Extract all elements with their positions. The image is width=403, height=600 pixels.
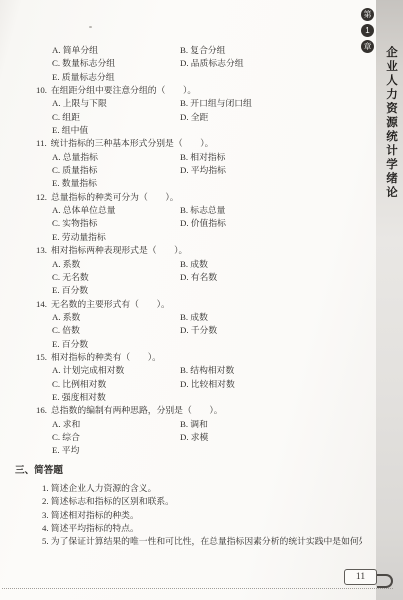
option: E. 劳动量指标 bbox=[52, 231, 180, 244]
chapter-badge: 第1章 bbox=[361, 8, 374, 53]
option: B. 标志总量 bbox=[180, 204, 225, 217]
option-row: C. 数量标志分组D. 品质标志分组 bbox=[0, 57, 362, 70]
question-block: 14.无名数的主要形式有（ ）。A. 系数B. 成数C. 倍数D. 千分数E. … bbox=[0, 298, 362, 351]
option: C. 组距 bbox=[52, 111, 180, 124]
question-stem-text: 在组距分组中要注意分组的（ ）。 bbox=[51, 85, 196, 95]
option: A. 上限与下限 bbox=[52, 97, 180, 110]
option: B. 结构相对数 bbox=[180, 364, 234, 377]
option-row: C. 倍数D. 千分数 bbox=[0, 324, 362, 337]
option: A. 总量指标 bbox=[52, 151, 180, 164]
option: E. 质量标志分组 bbox=[52, 71, 180, 84]
question-number: 15. bbox=[36, 352, 47, 362]
option: D. 品质标志分组 bbox=[180, 57, 244, 70]
question-stem-line: 14.无名数的主要形式有（ ）。 bbox=[0, 298, 362, 311]
option-row: C. 比例相对数D. 比较相对数 bbox=[0, 378, 362, 391]
option-row: C. 综合D. 求模 bbox=[0, 431, 362, 444]
option-row: A. 总量指标B. 相对指标 bbox=[0, 151, 362, 164]
option: E. 数量指标 bbox=[52, 177, 180, 190]
option: C. 倍数 bbox=[52, 324, 180, 337]
option: B. 复合分组 bbox=[180, 44, 225, 57]
option-row: C. 组距D. 全距 bbox=[0, 111, 362, 124]
option: C. 数量标志分组 bbox=[52, 57, 180, 70]
questions-area: A. 简单分组B. 复合分组C. 数量标志分组D. 品质标志分组E. 质量标志分… bbox=[0, 44, 362, 549]
question-number: 16. bbox=[36, 405, 47, 415]
chapter-title-vertical: 企业人力资源统计学绪论 bbox=[383, 46, 399, 200]
option: C. 综合 bbox=[52, 431, 180, 444]
footer-hook-ornament bbox=[377, 574, 393, 588]
option-row: C. 质量指标D. 平均指标 bbox=[0, 164, 362, 177]
short-answer-item: 2. 简述标志和指标的区别和联系。 bbox=[0, 495, 362, 508]
chapter-badge-char: 1 bbox=[361, 24, 374, 37]
option: D. 平均指标 bbox=[180, 164, 226, 177]
option: E. 百分数 bbox=[52, 338, 180, 351]
option: C. 实物指标 bbox=[52, 217, 180, 230]
option: C. 无名数 bbox=[52, 271, 180, 284]
section-heading: 三、简答题 bbox=[0, 464, 362, 477]
option: D. 全距 bbox=[180, 111, 208, 124]
question-number: 11. bbox=[36, 138, 47, 148]
option-row: A. 计划完成相对数B. 结构相对数 bbox=[0, 364, 362, 377]
question-number: 14. bbox=[36, 299, 47, 309]
option-row: E. 组中值 bbox=[0, 124, 362, 137]
question-stem-text: 总量指标的种类可分为（ ）。 bbox=[51, 192, 179, 202]
option-row: E. 强度相对数 bbox=[0, 391, 362, 404]
option: E. 百分数 bbox=[52, 284, 180, 297]
option: A. 系数 bbox=[52, 258, 180, 271]
question-stem-text: 总指数的编制有两种思路，分别是（ ）。 bbox=[51, 405, 223, 415]
option: E. 平均 bbox=[52, 444, 180, 457]
book-page: A. 简单分组B. 复合分组C. 数量标志分组D. 品质标志分组E. 质量标志分… bbox=[0, 0, 403, 600]
question-stem-line: 12.总量指标的种类可分为（ ）。 bbox=[0, 191, 362, 204]
option: D. 千分数 bbox=[180, 324, 217, 337]
question-block: 12.总量指标的种类可分为（ ）。A. 总体单位总量B. 标志总量C. 实物指标… bbox=[0, 191, 362, 244]
question-stem-line: 15.相对指标的种类有（ ）。 bbox=[0, 351, 362, 364]
scan-speck bbox=[89, 26, 92, 28]
short-answer-item: 4. 简述平均指标的特点。 bbox=[0, 522, 362, 535]
question-number: 10. bbox=[36, 85, 47, 95]
option: A. 求和 bbox=[52, 418, 180, 431]
option: B. 调和 bbox=[180, 418, 208, 431]
question-stem-text: 相对指标的种类有（ ）。 bbox=[51, 352, 161, 362]
question-block: 13.相对指标两种表现形式是（ ）。A. 系数B. 成数C. 无名数D. 有名数… bbox=[0, 244, 362, 297]
option-row: E. 质量标志分组 bbox=[0, 71, 362, 84]
option: C. 质量指标 bbox=[52, 164, 180, 177]
question-number: 12. bbox=[36, 192, 47, 202]
option-row: A. 求和B. 调和 bbox=[0, 418, 362, 431]
option: B. 相对指标 bbox=[180, 151, 225, 164]
option: C. 比例相对数 bbox=[52, 378, 180, 391]
page-number: 11 bbox=[344, 569, 377, 585]
option: A. 系数 bbox=[52, 311, 180, 324]
question-number: 13. bbox=[36, 245, 47, 255]
question-stem-line: 16.总指数的编制有两种思路，分别是（ ）。 bbox=[0, 404, 362, 417]
option: A. 简单分组 bbox=[52, 44, 180, 57]
question-stem-text: 无名数的主要形式有（ ）。 bbox=[51, 299, 170, 309]
option-row: A. 总体单位总量B. 标志总量 bbox=[0, 204, 362, 217]
option: D. 有名数 bbox=[180, 271, 217, 284]
option: D. 价值指标 bbox=[180, 217, 226, 230]
option-row: E. 平均 bbox=[0, 444, 362, 457]
option: D. 求模 bbox=[180, 431, 208, 444]
option-row: E. 劳动量指标 bbox=[0, 231, 362, 244]
short-answer-list: 1. 简述企业人力资源的含义。2. 简述标志和指标的区别和联系。3. 简述相对指… bbox=[0, 482, 362, 549]
option-row: A. 上限与下限B. 开口组与闭口组 bbox=[0, 97, 362, 110]
option-row: C. 无名数D. 有名数 bbox=[0, 271, 362, 284]
question-block: 11.统计指标的三种基本形式分别是（ ）。A. 总量指标B. 相对指标C. 质量… bbox=[0, 137, 362, 190]
question-block: 16.总指数的编制有两种思路，分别是（ ）。A. 求和B. 调和C. 综合D. … bbox=[0, 404, 362, 457]
option-row: E. 数量指标 bbox=[0, 177, 362, 190]
option: A. 总体单位总量 bbox=[52, 204, 180, 217]
option: A. 计划完成相对数 bbox=[52, 364, 180, 377]
option: E. 组中值 bbox=[52, 124, 180, 137]
option-row: A. 系数B. 成数 bbox=[0, 311, 362, 324]
question-stem-line: 13.相对指标两种表现形式是（ ）。 bbox=[0, 244, 362, 257]
option-row: C. 实物指标D. 价值指标 bbox=[0, 217, 362, 230]
short-answer-item: 3. 简述相对指标的种类。 bbox=[0, 509, 362, 522]
question-block: 10.在组距分组中要注意分组的（ ）。A. 上限与下限B. 开口组与闭口组C. … bbox=[0, 84, 362, 137]
option: D. 比较相对数 bbox=[180, 378, 235, 391]
option-row: E. 百分数 bbox=[0, 338, 362, 351]
footer-dotted-line bbox=[2, 588, 393, 589]
question-block: A. 简单分组B. 复合分组C. 数量标志分组D. 品质标志分组E. 质量标志分… bbox=[0, 44, 362, 84]
short-answer-item: 5. 为了保证计算结果的唯一性和可比性，在总量指标因素分析的统计实践中是如何处 bbox=[0, 535, 362, 548]
question-stem-line: 10.在组距分组中要注意分组的（ ）。 bbox=[0, 84, 362, 97]
option-row: A. 简单分组B. 复合分组 bbox=[0, 44, 362, 57]
option: B. 开口组与闭口组 bbox=[180, 97, 252, 110]
chapter-badge-char: 章 bbox=[361, 40, 374, 53]
questions-list: A. 简单分组B. 复合分组C. 数量标志分组D. 品质标志分组E. 质量标志分… bbox=[0, 44, 362, 458]
question-stem-line: 11.统计指标的三种基本形式分别是（ ）。 bbox=[0, 137, 362, 150]
question-stem-text: 相对指标两种表现形式是（ ）。 bbox=[51, 245, 187, 255]
option-row: E. 百分数 bbox=[0, 284, 362, 297]
short-answer-item: 1. 简述企业人力资源的含义。 bbox=[0, 482, 362, 495]
option: E. 强度相对数 bbox=[52, 391, 180, 404]
question-block: 15.相对指标的种类有（ ）。A. 计划完成相对数B. 结构相对数C. 比例相对… bbox=[0, 351, 362, 404]
option: B. 成数 bbox=[180, 258, 208, 271]
option-row: A. 系数B. 成数 bbox=[0, 258, 362, 271]
chapter-badge-char: 第 bbox=[361, 8, 374, 21]
question-stem-text: 统计指标的三种基本形式分别是（ ）。 bbox=[51, 138, 214, 148]
option: B. 成数 bbox=[180, 311, 208, 324]
